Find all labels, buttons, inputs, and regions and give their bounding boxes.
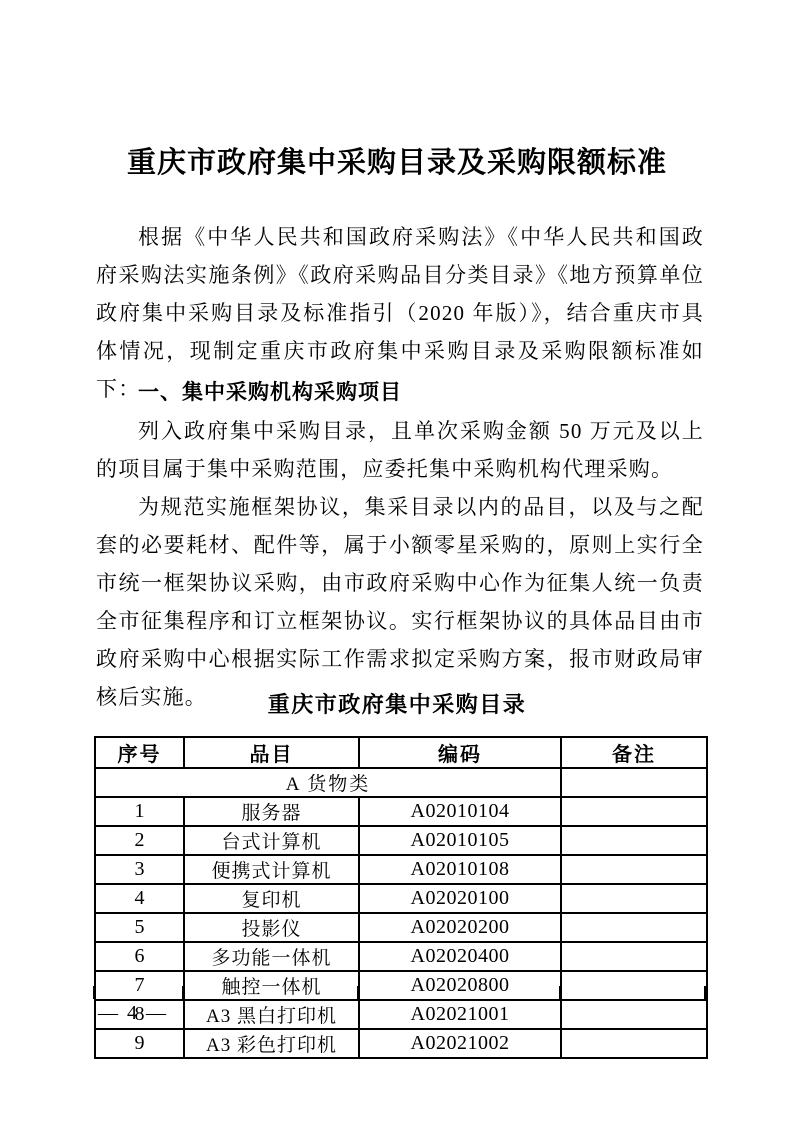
- cell-code: A02020400: [359, 942, 561, 971]
- cell-item: 服务器: [184, 797, 359, 826]
- cell-remark: [561, 826, 707, 855]
- cell-remark: [561, 884, 707, 913]
- cell-item: 便携式计算机: [184, 855, 359, 884]
- cell-code: A02021001: [359, 1000, 561, 1029]
- cell-remark: [561, 855, 707, 884]
- column-header-no: 序号: [95, 737, 184, 768]
- table-row: 5投影仪A02020200: [95, 913, 707, 942]
- cell-no: 7: [95, 971, 184, 1000]
- document-page: 重庆市政府集中采购目录及采购限额标准 根据《中华人民共和国政府采购法》《中华人民…: [0, 0, 794, 1123]
- cell-no: 4: [95, 884, 184, 913]
- cell-item: 投影仪: [184, 913, 359, 942]
- catalog-table: 序号 品目 编码 备注 A 货物类 1服务器A020101042台式计算机A02…: [94, 736, 708, 1059]
- cell-item: 复印机: [184, 884, 359, 913]
- table-row: 8A3 黑白打印机A02021001: [95, 1000, 707, 1029]
- cell-remark: [561, 913, 707, 942]
- column-header-item: 品目: [184, 737, 359, 768]
- stub-line-col3: [559, 986, 561, 999]
- column-header-remark: 备注: [561, 737, 707, 768]
- stub-line-right: [704, 986, 706, 999]
- table-row: 1服务器A02010104: [95, 797, 707, 826]
- column-header-code: 编码: [359, 737, 561, 768]
- table-row: 7触控一体机A02020800: [95, 971, 707, 1000]
- cell-item: 多功能一体机: [184, 942, 359, 971]
- table-body: A 货物类 1服务器A020101042台式计算机A020101053便携式计算…: [95, 768, 707, 1058]
- stub-line-col2: [357, 986, 359, 999]
- cell-no: 5: [95, 913, 184, 942]
- cell-no: 1: [95, 797, 184, 826]
- category-label: A 货物类: [95, 768, 561, 797]
- stub-line-left: [93, 986, 95, 999]
- table-row: 3便携式计算机A02010108: [95, 855, 707, 884]
- cell-code: A02010105: [359, 826, 561, 855]
- cell-code: A02020200: [359, 913, 561, 942]
- cell-remark: [561, 1029, 707, 1058]
- section-1-paragraph-2: 为规范实施框架协议，集采目录以内的品目，以及与之配套的必要耗材、配件等，属于小额…: [96, 488, 704, 716]
- table-row: 6多功能一体机A02020400: [95, 942, 707, 971]
- catalog-table-title: 重庆市政府集中采购目录: [0, 688, 794, 719]
- cell-item: 台式计算机: [184, 826, 359, 855]
- cell-item: 触控一体机: [184, 971, 359, 1000]
- cell-remark: [561, 797, 707, 826]
- cell-remark: [561, 942, 707, 971]
- table-row: 2台式计算机A02010105: [95, 826, 707, 855]
- cell-no: 3: [95, 855, 184, 884]
- cell-code: A02020100: [359, 884, 561, 913]
- cell-no: 9: [95, 1029, 184, 1058]
- table-row: 9A3 彩色打印机A02021002: [95, 1029, 707, 1058]
- cell-remark: [561, 971, 707, 1000]
- cell-code: A02020800: [359, 971, 561, 1000]
- cell-no: 2: [95, 826, 184, 855]
- cell-no: 6: [95, 942, 184, 971]
- document-title: 重庆市政府集中采购目录及采购限额标准: [0, 140, 794, 181]
- table-row: 4复印机A02020100: [95, 884, 707, 913]
- cell-remark: [561, 1000, 707, 1029]
- category-row: A 货物类: [95, 768, 707, 797]
- cell-code: A02010108: [359, 855, 561, 884]
- stub-line-col1: [182, 986, 184, 999]
- section-1-paragraph-1: 列入政府集中采购目录，且单次采购金额 50 万元及以上的项目属于集中采购范围，应…: [96, 412, 704, 488]
- cell-item: A3 黑白打印机: [184, 1000, 359, 1029]
- cell-item: A3 彩色打印机: [184, 1029, 359, 1058]
- table-header-row: 序号 品目 编码 备注: [95, 737, 707, 768]
- category-remark-cell: [561, 768, 707, 797]
- cell-code: A02021002: [359, 1029, 561, 1058]
- cell-code: A02010104: [359, 797, 561, 826]
- page-number: — 4 —: [98, 1002, 168, 1025]
- section-1-heading: 一、集中采购机构采购项目: [96, 374, 704, 412]
